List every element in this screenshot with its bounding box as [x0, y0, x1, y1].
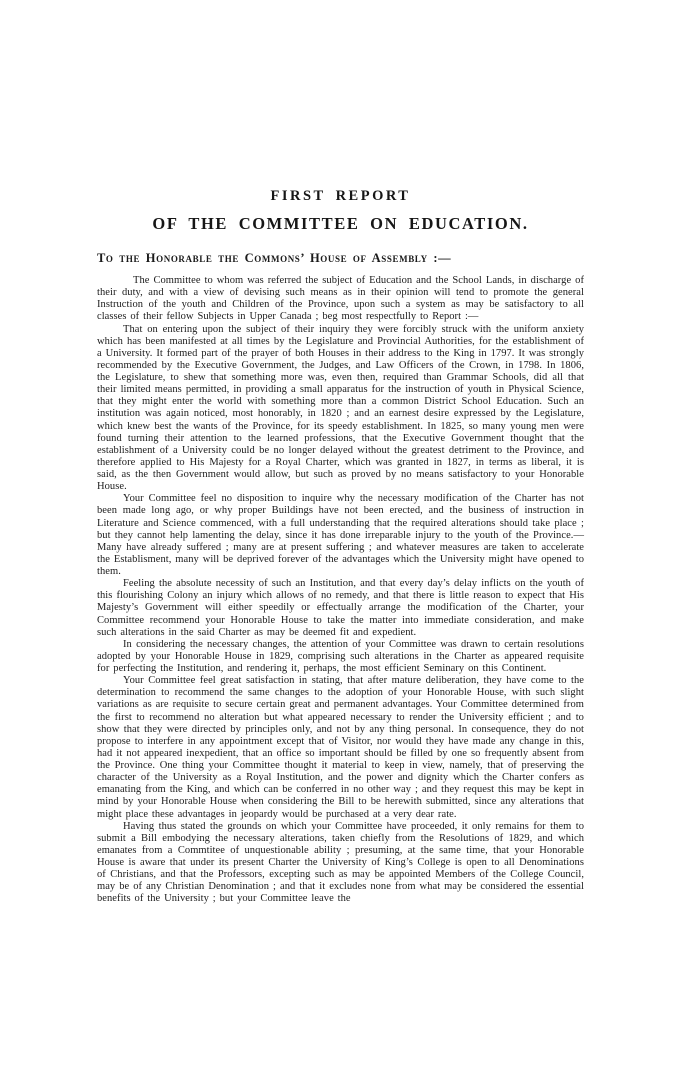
scanned-document-page: FIRST REPORT OF THE COMMITTEE ON EDUCATI… [0, 0, 680, 1080]
body-paragraph: The Committee to whom was referred the s… [97, 275, 584, 324]
text-block: FIRST REPORT OF THE COMMITTEE ON EDUCATI… [97, 188, 584, 906]
body-paragraph: In considering the necessary changes, th… [97, 639, 584, 675]
body-paragraph: Feeling the absolute necessity of such a… [97, 578, 584, 639]
salutation-line: To the Honorable the Commons’ House of A… [97, 251, 584, 266]
body-paragraph: Your Committee feel great satisfaction i… [97, 675, 584, 821]
report-subtitle: OF THE COMMITTEE ON EDUCATION. [97, 214, 584, 234]
body-paragraph: Your Committee feel no disposition to in… [97, 493, 584, 578]
report-title: FIRST REPORT [97, 188, 584, 205]
body-paragraph: That on entering upon the subject of the… [97, 324, 584, 494]
body-paragraph: Having thus stated the grounds on which … [97, 821, 584, 906]
